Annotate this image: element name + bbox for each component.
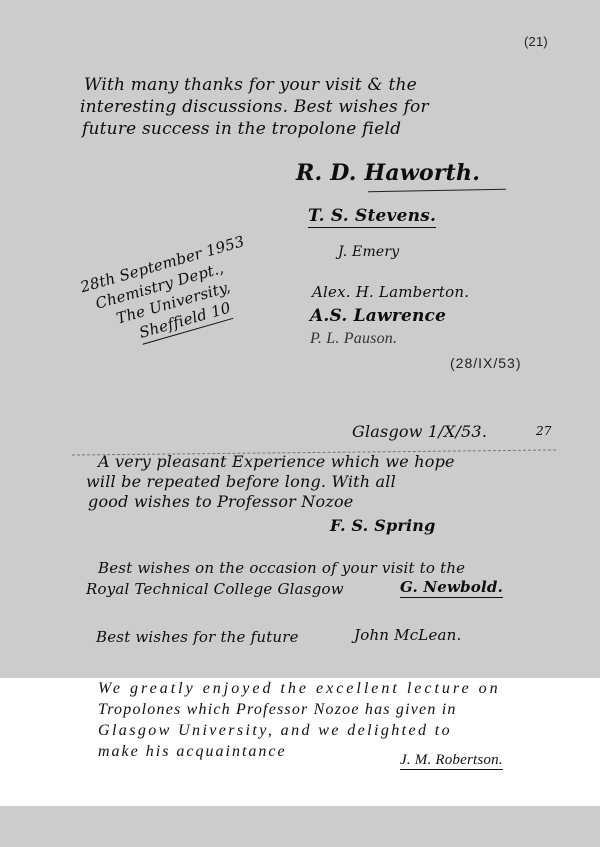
entry-howarth-text: With many thanks for your visit & the in… xyxy=(84,74,429,140)
signature-howarth: R. D. Haworth. xyxy=(296,160,480,186)
signature-initial: J. Emery xyxy=(338,244,399,260)
signature-stevens: T. S. Stevens. xyxy=(308,206,436,226)
address-sheffield: 28th September 1953 Chemistry Dept., The… xyxy=(78,231,264,357)
entry-line: Best wishes on the occasion of your visi… xyxy=(98,558,465,579)
entry-line: With many thanks for your visit & the xyxy=(84,74,429,96)
entry-number: 27 xyxy=(536,424,552,438)
signature-newbold: G. Newbold. xyxy=(400,578,503,596)
signature-pauson: P. L. Pauson. xyxy=(310,330,397,348)
group-date: (28/IX/53) xyxy=(450,355,521,371)
entry-mclean-text: Best wishes for the future xyxy=(96,628,299,646)
entry-line: A very pleasant Experience which we hope xyxy=(98,452,455,472)
signature-newbold-text: G. Newbold. xyxy=(400,578,503,598)
signature-lawrence: A.S. Lawrence xyxy=(310,306,446,326)
entry-line: future success in the tropolone field xyxy=(82,118,429,140)
place-date-glasgow: Glasgow 1/X/53. xyxy=(352,422,487,441)
entry-line: We greatly enjoyed the excellent lecture… xyxy=(98,678,501,699)
signature-underline xyxy=(368,189,506,192)
signature-robertson-text: J. M. Robertson. xyxy=(400,752,503,770)
signature-robertson: J. M. Robertson. xyxy=(400,752,503,769)
entry-line: interesting discussions. Best wishes for xyxy=(80,96,429,118)
signature-mclean: John McLean. xyxy=(354,626,462,644)
entry-robertson-text: We greatly enjoyed the excellent lecture… xyxy=(98,678,501,762)
signature-stevens-text: T. S. Stevens. xyxy=(308,206,436,228)
page-number: (21) xyxy=(524,34,548,49)
signature-spring: F. S. Spring xyxy=(330,516,436,535)
signature-lamberton: Alex. H. Lamberton. xyxy=(312,283,469,301)
entry-line: Glasgow University, and we delighted to xyxy=(98,720,501,741)
entry-line: will be repeated before long. With all xyxy=(86,472,455,492)
entry-line: good wishes to Professor Nozoe xyxy=(88,492,455,512)
entry-spring-text: A very pleasant Experience which we hope… xyxy=(98,452,455,512)
entry-line: Tropolones which Professor Nozoe has giv… xyxy=(98,699,501,720)
